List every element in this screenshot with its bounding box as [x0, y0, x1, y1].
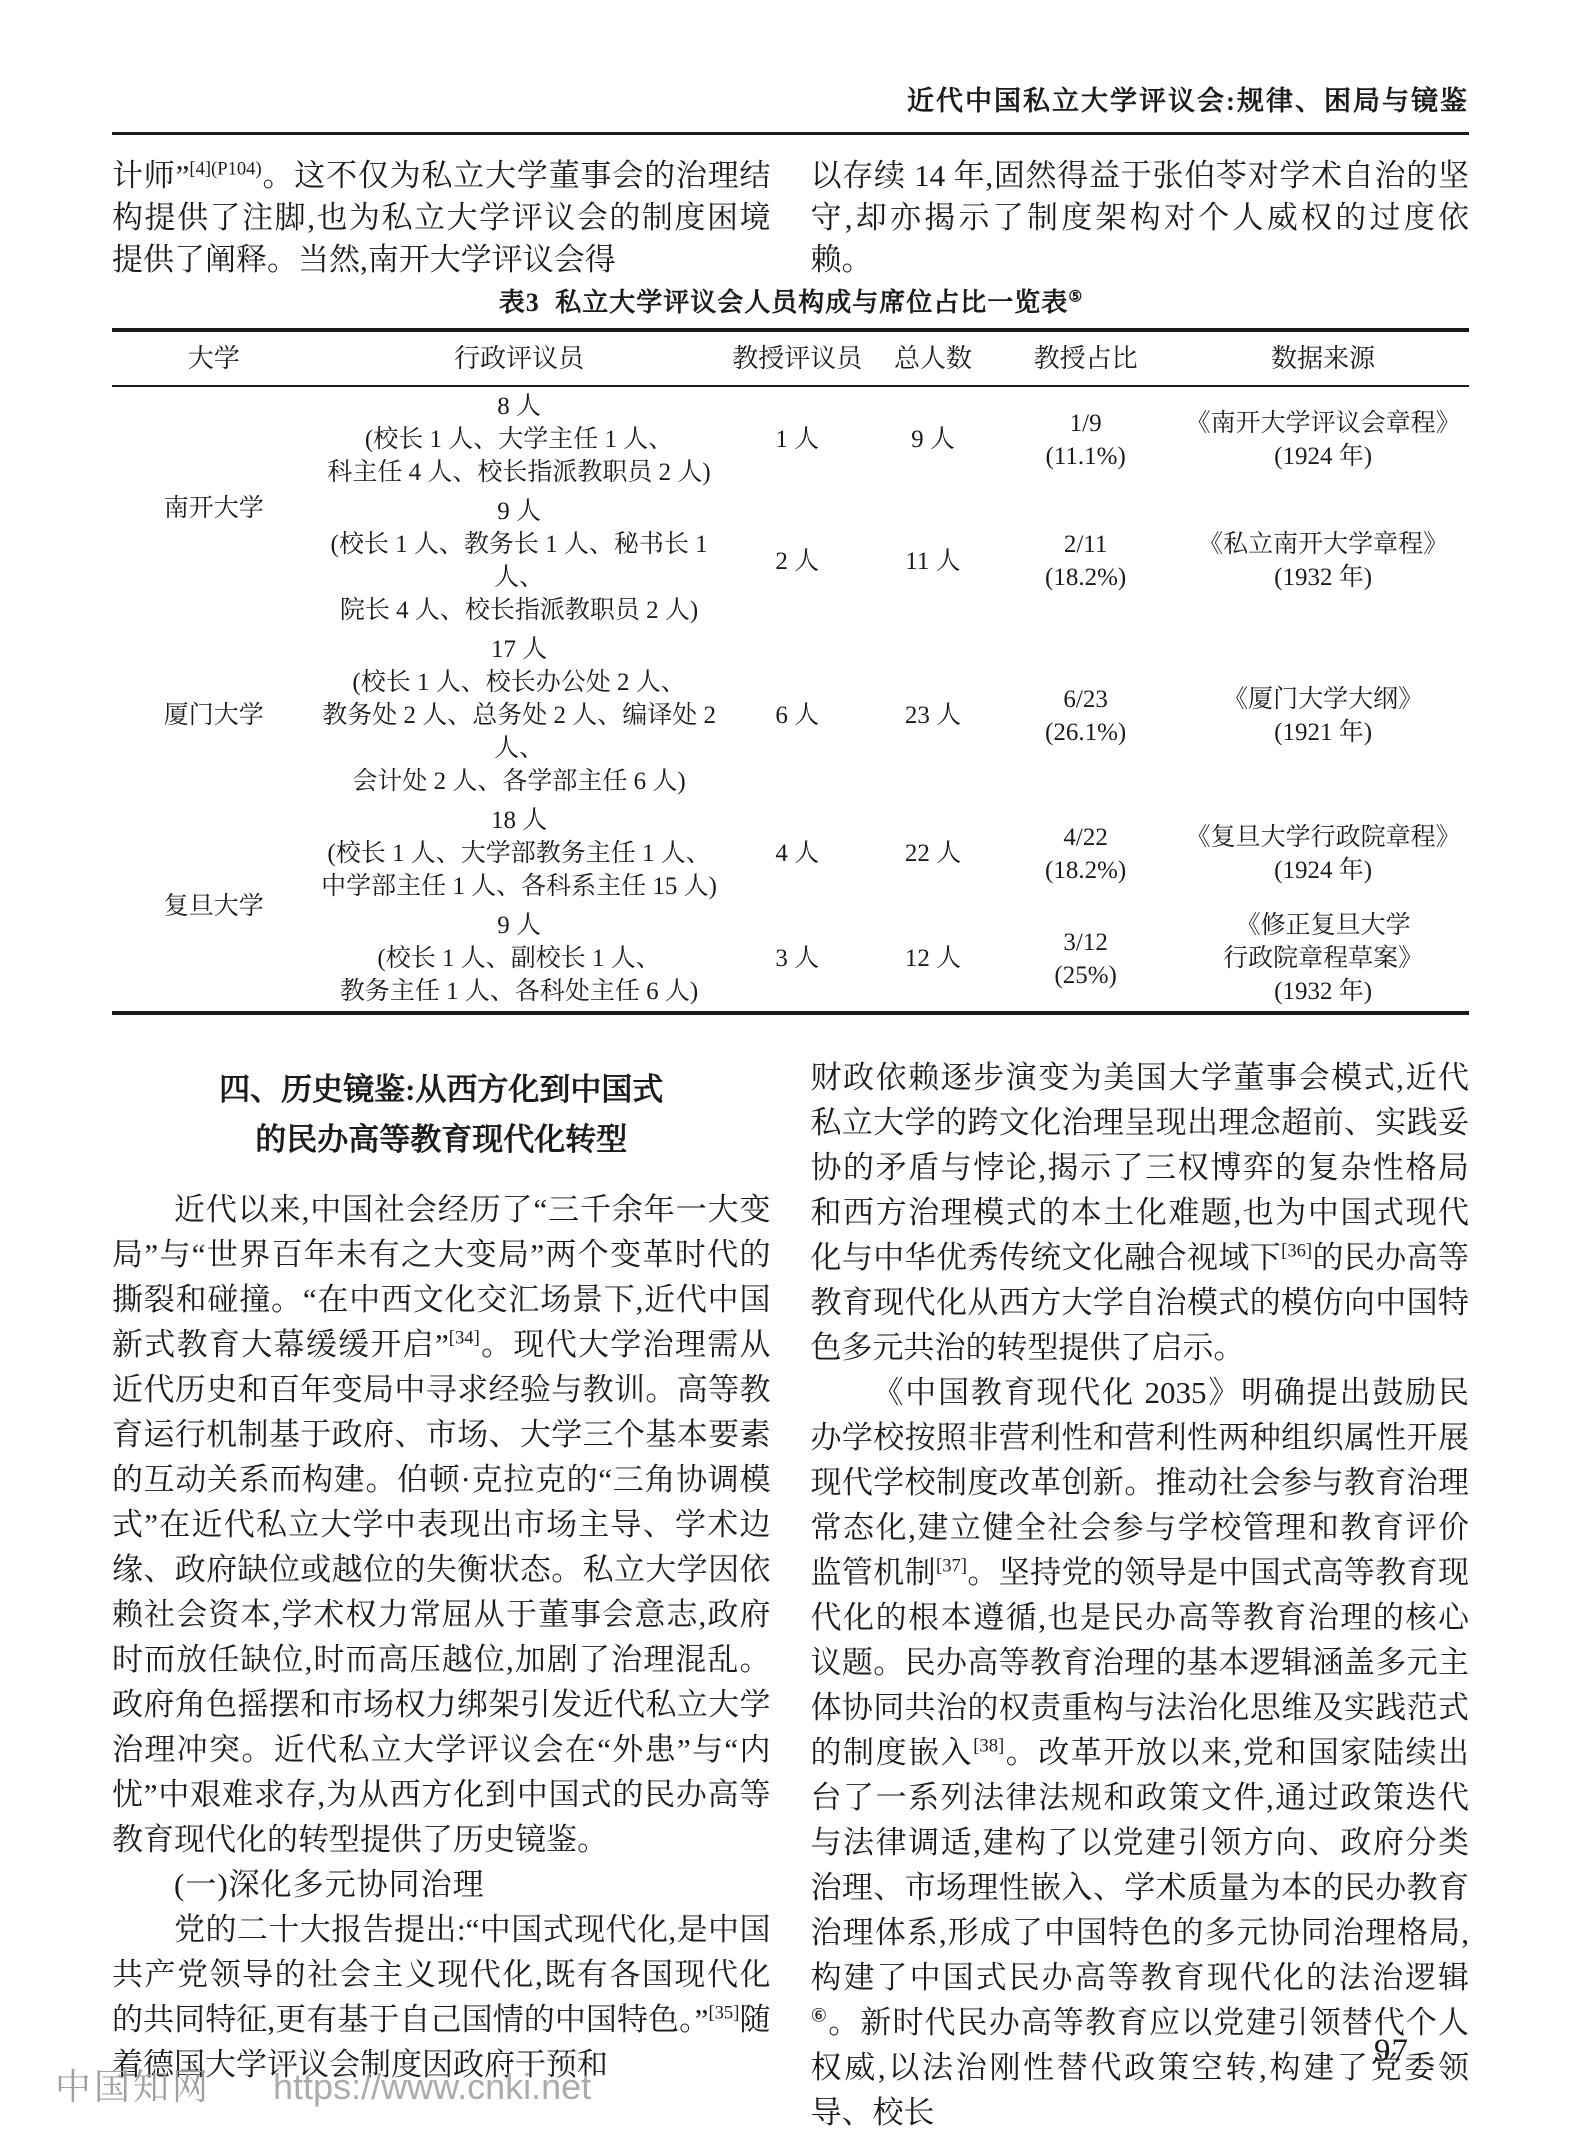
- professor-ratio-cell: 6/23(26.1%): [994, 630, 1177, 801]
- reference-marker: [34]: [449, 1328, 480, 1349]
- cnki-watermark: 中国知网 https://www.cnki.net: [55, 2059, 591, 2110]
- total-cell: 9 人: [872, 386, 994, 492]
- section-heading-line2: 的民办高等教育现代化转型: [255, 1122, 627, 1157]
- paragraph: 计师”[4](P104)。这不仅为私立大学董事会的治理结构提供了注脚,也为私立大…: [112, 155, 771, 281]
- table-header: 大学 行政评议员 教授评议员 总人数 教授占比 数据来源: [112, 330, 1469, 386]
- text-run: 。现代大学治理需从近代历史和百年变局中寻求经验与教训。高等教育运行机制基于政府、…: [112, 1327, 771, 1857]
- column-header-professor-councilors: 教授评议员: [723, 330, 872, 386]
- running-head: 近代中国私立大学评议会:规律、困局与镜鉴: [112, 84, 1469, 118]
- professor-ratio-cell: 1/9(11.1%): [994, 386, 1177, 492]
- university-cell: 厦门大学: [112, 630, 316, 801]
- data-source-cell: 《厦门大学大纲》(1921 年): [1177, 630, 1469, 801]
- cnki-brand-text: 中国知网: [55, 2066, 211, 2107]
- intro-left-column: 计师”[4](P104)。这不仅为私立大学董事会的治理结构提供了注脚,也为私立大…: [112, 155, 771, 281]
- total-cell: 11 人: [872, 492, 994, 630]
- header-rule: [112, 132, 1469, 135]
- paragraph: 《中国教育现代化 2035》明确提出鼓励民办学校按照非营利性和营利性两种组织属性…: [811, 1370, 1470, 2135]
- total-cell: 12 人: [872, 906, 994, 1013]
- body-left-column: 四、历史镜鉴:从西方化到中国式 的民办高等教育现代化转型 近代以来,中国社会经历…: [112, 1055, 771, 2135]
- table-section: 表3私立大学评议会人员构成与席位占比一览表⑤ 大学 行政评议员 教授评议员 总人…: [112, 287, 1469, 1015]
- section-heading: 四、历史镜鉴:从西方化到中国式 的民办高等教育现代化转型: [112, 1065, 771, 1165]
- admin-councilors-cell: 9 人(校长 1 人、教务长 1 人、秘书长 1 人、院长 4 人、校长指派教职…: [316, 492, 723, 630]
- professor-councilors-cell: 4 人: [723, 801, 872, 906]
- professor-ratio-cell: 4/22(18.2%): [994, 801, 1177, 906]
- table-row: 厦门大学17 人(校长 1 人、校长办公处 2 人、教务处 2 人、总务处 2 …: [112, 630, 1469, 801]
- text-run: 。改革开放以来,党和国家陆续出台了一系列法律法规和政策文件,通过政策迭代与法律调…: [811, 1735, 1470, 1995]
- professor-ratio-cell: 3/12(25%): [994, 906, 1177, 1013]
- paragraph: 以存续 14 年,固然得益于张伯苓对学术自治的坚守,却亦揭示了制度架构对个人威权…: [811, 155, 1470, 281]
- column-header-university: 大学: [112, 330, 316, 386]
- column-header-professor-ratio: 教授占比: [994, 330, 1177, 386]
- data-source-cell: 《南开大学评议会章程》(1924 年): [1177, 386, 1469, 492]
- reference-marker: [36]: [1281, 1241, 1312, 1262]
- table-row: 9 人(校长 1 人、副校长 1 人、教务主任 1 人、各科处主任 6 人)3 …: [112, 906, 1469, 1013]
- journal-page: 近代中国私立大学评议会:规律、困局与镜鉴 计师”[4](P104)。这不仅为私立…: [0, 0, 1587, 2154]
- data-source-cell: 《私立南开大学章程》(1932 年): [1177, 492, 1469, 630]
- councilor-composition-table: 大学 行政评议员 教授评议员 总人数 教授占比 数据来源 南开大学8 人(校长 …: [112, 328, 1469, 1015]
- data-source-cell: 《修正复旦大学行政院章程草案》(1932 年): [1177, 906, 1469, 1013]
- cnki-url-text: https://www.cnki.net: [273, 2066, 591, 2107]
- reference-marker: [37]: [936, 1556, 967, 1577]
- text-run: (一)深化多元协同治理: [174, 1867, 485, 1902]
- table-row: 复旦大学18 人(校长 1 人、大学部教务主任 1 人、中学部主任 1 人、各科…: [112, 801, 1469, 906]
- reference-marker: [38]: [973, 1736, 1004, 1757]
- admin-councilors-cell: 17 人(校长 1 人、校长办公处 2 人、教务处 2 人、总务处 2 人、编译…: [316, 630, 723, 801]
- university-cell: 复旦大学: [112, 801, 316, 1013]
- professor-councilors-cell: 2 人: [723, 492, 872, 630]
- paragraph: 近代以来,中国社会经历了“三千余年一大变局”与“世界百年未有之大变局”两个变革时…: [112, 1187, 771, 1862]
- body-right-column: 财政依赖逐步演变为美国大学董事会模式,近代私立大学的跨文化治理呈现出理念超前、实…: [811, 1055, 1470, 2135]
- reference-marker: [4](P104): [189, 159, 261, 180]
- body-left-paragraphs: 近代以来,中国社会经历了“三千余年一大变局”与“世界百年未有之大变局”两个变革时…: [112, 1187, 771, 2087]
- text-run: 党的二十大报告提出:“中国式现代化,是中国共产党领导的社会主义现代化,既有各国现…: [112, 1912, 771, 2037]
- table-row: 9 人(校长 1 人、教务长 1 人、秘书长 1 人、院长 4 人、校长指派教职…: [112, 492, 1469, 630]
- column-header-data-source: 数据来源: [1177, 330, 1469, 386]
- university-cell: 南开大学: [112, 386, 316, 630]
- text-run: 计师”: [112, 158, 189, 193]
- column-header-total: 总人数: [872, 330, 994, 386]
- table-caption: 表3私立大学评议会人员构成与席位占比一览表⑤: [112, 287, 1469, 319]
- table-caption-footnote-marker: ⑤: [1068, 288, 1082, 305]
- column-header-admin-councilors: 行政评议员: [316, 330, 723, 386]
- admin-councilors-cell: 8 人(校长 1 人、大学主任 1 人、科主任 4 人、校长指派教职员 2 人): [316, 386, 723, 492]
- table-caption-title: 私立大学评议会人员构成与席位占比一览表: [555, 288, 1068, 317]
- page-number: 97: [1374, 2033, 1409, 2070]
- professor-councilors-cell: 3 人: [723, 906, 872, 1013]
- professor-ratio-cell: 2/11(18.2%): [994, 492, 1177, 630]
- total-cell: 23 人: [872, 630, 994, 801]
- data-source-cell: 《复旦大学行政院章程》(1924 年): [1177, 801, 1469, 906]
- table-caption-label: 表3: [499, 288, 540, 317]
- admin-councilors-cell: 9 人(校长 1 人、副校长 1 人、教务主任 1 人、各科处主任 6 人): [316, 906, 723, 1013]
- intro-right-column: 以存续 14 年,固然得益于张伯苓对学术自治的坚守,却亦揭示了制度架构对个人威权…: [811, 155, 1470, 281]
- table-body: 南开大学8 人(校长 1 人、大学主任 1 人、科主任 4 人、校长指派教职员 …: [112, 386, 1469, 1013]
- reference-marker: [35]: [708, 2003, 739, 2024]
- intro-section: 计师”[4](P104)。这不仅为私立大学董事会的治理结构提供了注脚,也为私立大…: [112, 155, 1469, 281]
- professor-councilors-cell: 6 人: [723, 630, 872, 801]
- section-heading-line1: 四、历史镜鉴:从西方化到中国式: [219, 1072, 663, 1107]
- page-content: 近代中国私立大学评议会:规律、困局与镜鉴 计师”[4](P104)。这不仅为私立…: [0, 84, 1587, 2135]
- reference-marker: ⑥: [811, 2006, 829, 2027]
- table-row: 南开大学8 人(校长 1 人、大学主任 1 人、科主任 4 人、校长指派教职员 …: [112, 386, 1469, 492]
- section-four: 四、历史镜鉴:从西方化到中国式 的民办高等教育现代化转型 近代以来,中国社会经历…: [112, 1055, 1469, 2135]
- subsection-heading: (一)深化多元协同治理: [112, 1862, 771, 1907]
- text-run: 。新时代民办高等教育应以党建引领替代个人权威,以法治刚性替代政策空转,构建了党委…: [811, 2005, 1470, 2130]
- table-header-row: 大学 行政评议员 教授评议员 总人数 教授占比 数据来源: [112, 330, 1469, 386]
- text-run: 以存续 14 年,固然得益于张伯苓对学术自治的坚守,却亦揭示了制度架构对个人威权…: [811, 158, 1470, 277]
- total-cell: 22 人: [872, 801, 994, 906]
- professor-councilors-cell: 1 人: [723, 386, 872, 492]
- admin-councilors-cell: 18 人(校长 1 人、大学部教务主任 1 人、中学部主任 1 人、各科系主任 …: [316, 801, 723, 906]
- paragraph: 财政依赖逐步演变为美国大学董事会模式,近代私立大学的跨文化治理呈现出理念超前、实…: [811, 1055, 1470, 1370]
